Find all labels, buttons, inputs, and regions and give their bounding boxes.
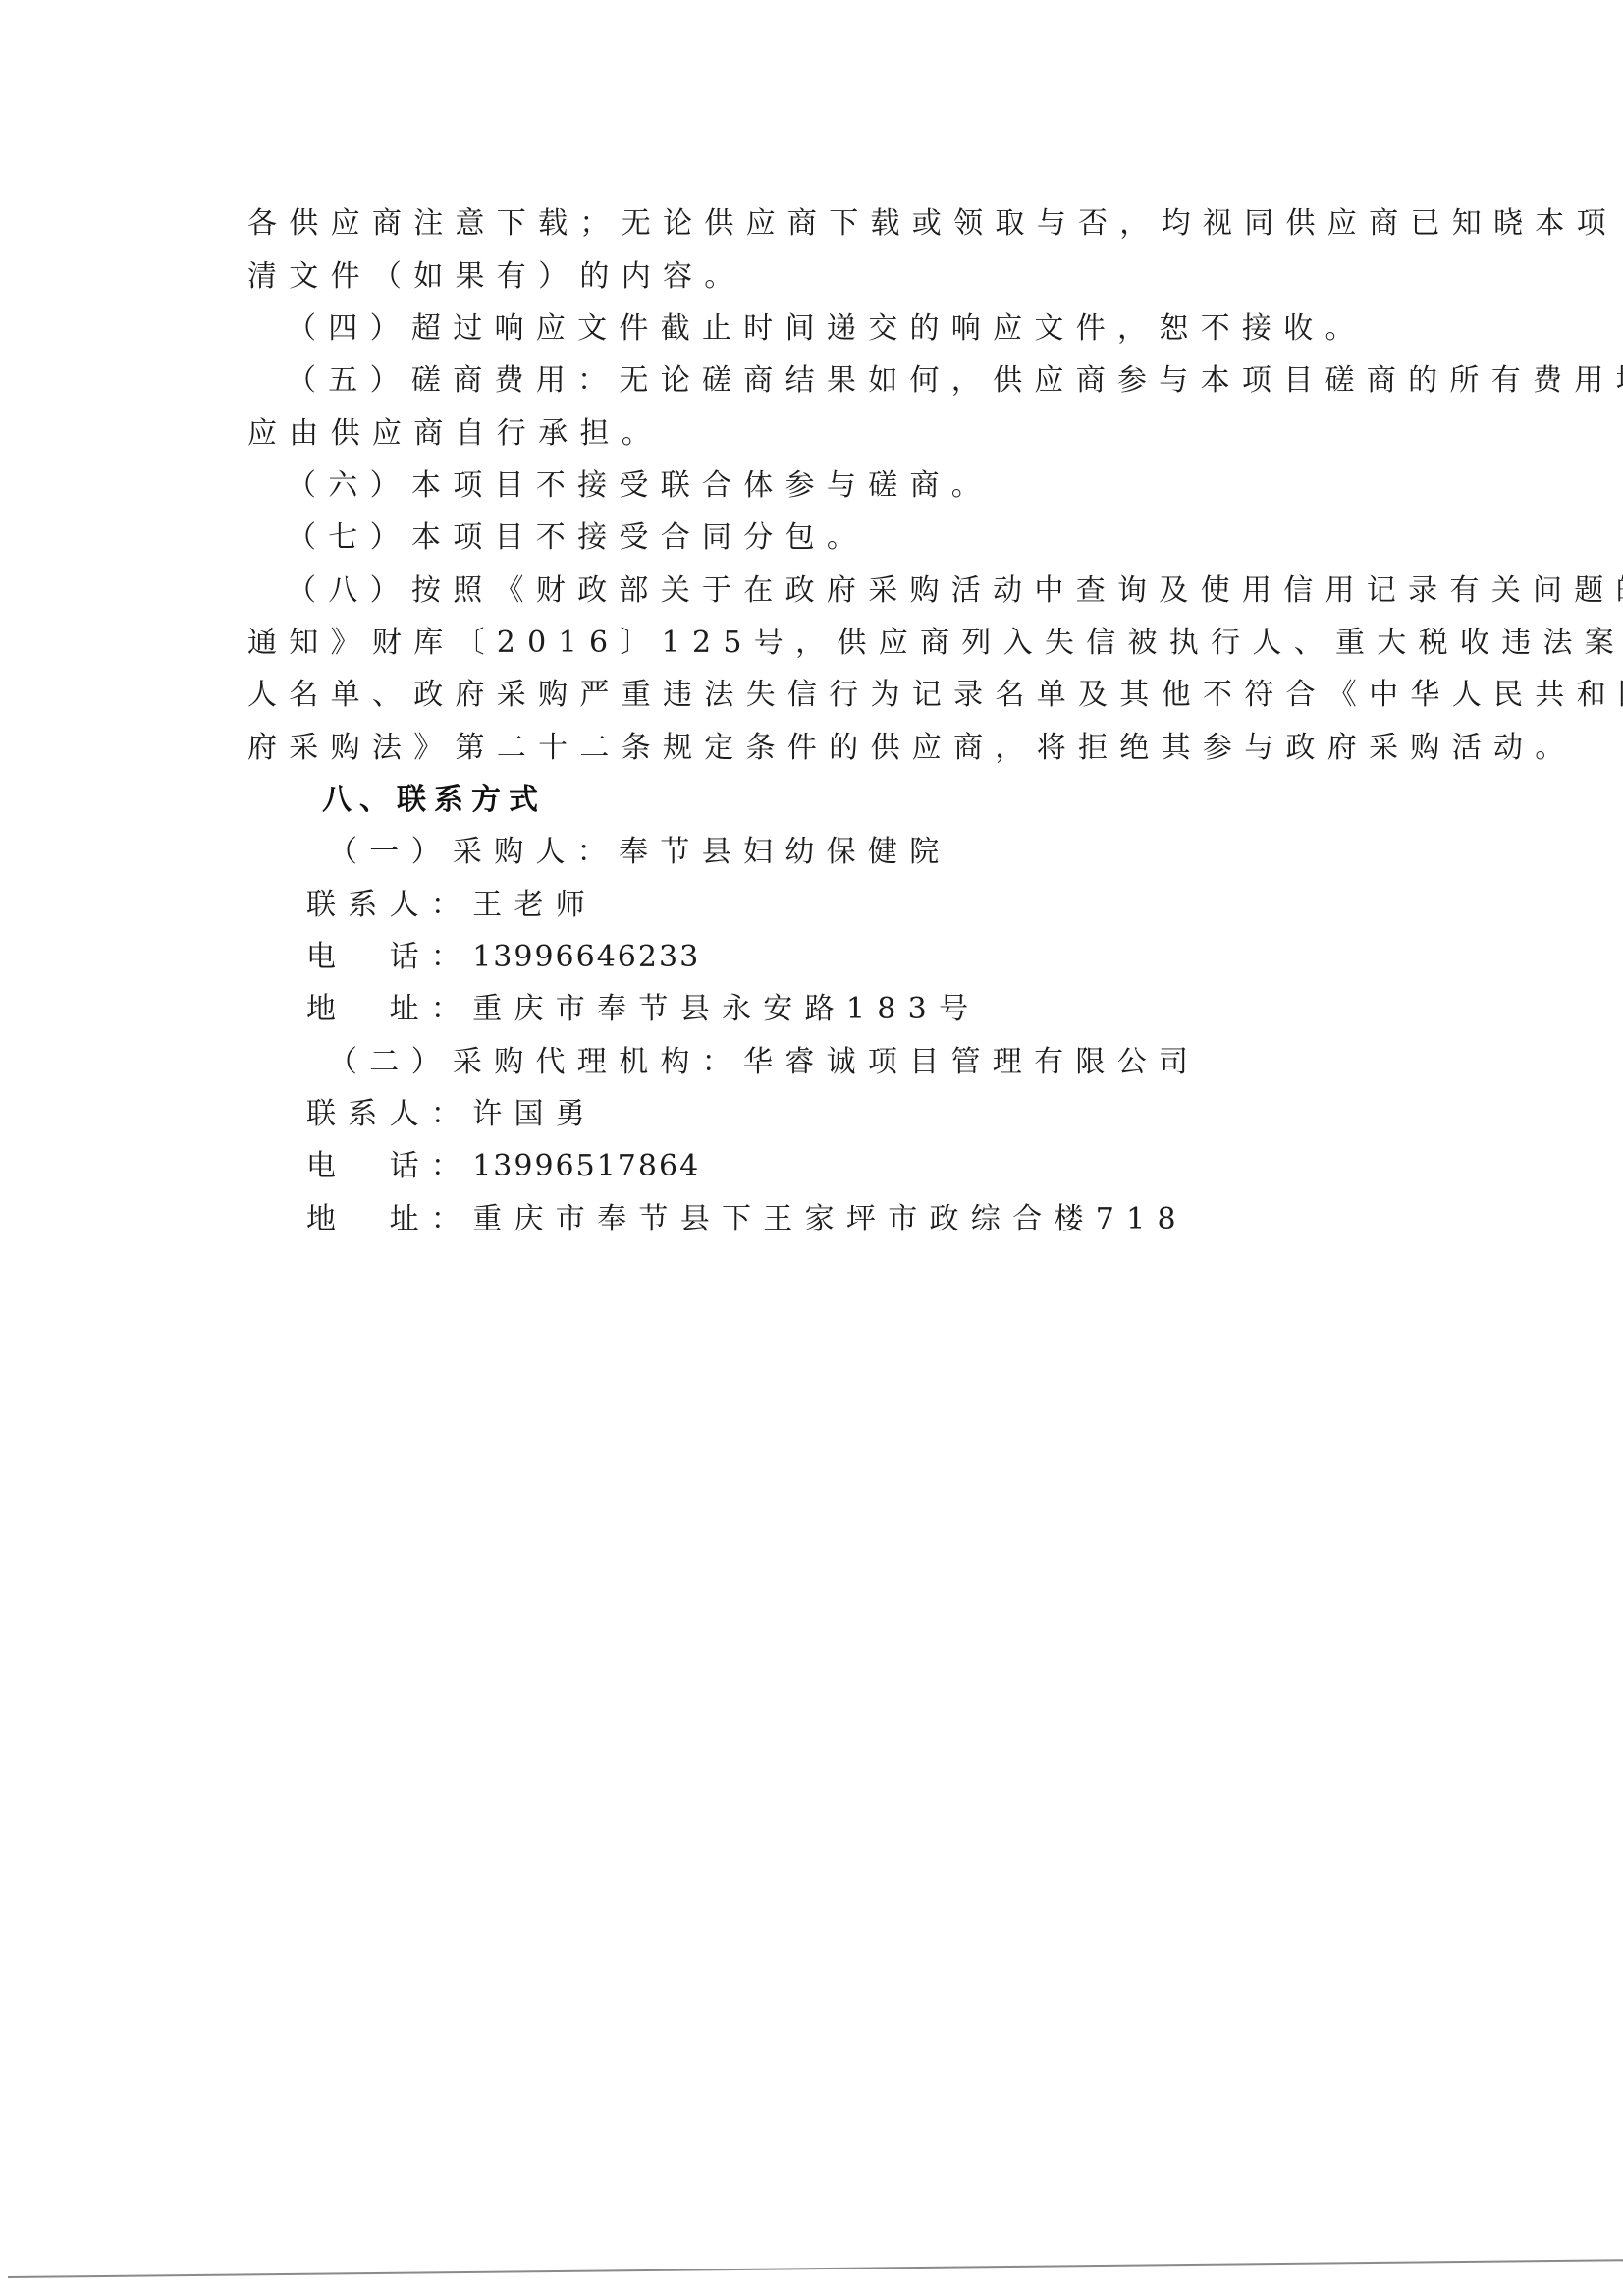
paragraph-line: 各供应商注意下载；无论供应商下载或领取与否，均视同供应商已知晓本项目澄: [247, 204, 1623, 244]
paragraph-line: 府采购法》第二十二条规定条件的供应商，将拒绝其参与政府采购活动。: [247, 729, 1577, 768]
phone-value: 13996517864: [472, 1149, 700, 1183]
address-label: 地 址：: [306, 992, 472, 1026]
section-heading-contact: 八、联系方式: [322, 781, 546, 820]
contact-value: 王老师: [472, 888, 597, 922]
document-page: 各供应商注意下载；无论供应商下载或领取与否，均视同供应商已知晓本项目澄 清文件（…: [0, 0, 1623, 2296]
paragraph-line: 清文件（如果有）的内容。: [247, 257, 746, 297]
address-label: 地 址：: [306, 1202, 472, 1236]
agency-phone: 电 话：13996517864: [306, 1147, 700, 1186]
paragraph-line: 通知》财库〔2016〕125号，供应商列入失信被执行人、重大税收违法案件当事: [247, 624, 1623, 663]
agency-title: （二）采购代理机构：华睿诚项目管理有限公司: [328, 1043, 1200, 1082]
purchaser-title: （一）采购人：奉节县妇幼保健院: [328, 833, 951, 872]
paragraph-line: 应由供应商自行承担。: [247, 414, 663, 454]
contact-label: 联系人：: [306, 888, 472, 922]
paragraph-line: （六）本项目不接受联合体参与磋商。: [287, 466, 993, 506]
phone-value: 13996646233: [472, 940, 700, 974]
agency-address: 地 址：重庆市奉节县下王家坪市政综合楼718: [306, 1200, 1188, 1239]
phone-label: 电 话：: [306, 1149, 472, 1183]
paragraph-line: （八）按照《财政部关于在政府采购活动中查询及使用信用记录有关问题的: [287, 572, 1623, 611]
paragraph-line: （四）超过响应文件截止时间递交的响应文件，恕不接收。: [287, 309, 1367, 349]
paragraph-line: （七）本项目不接受合同分包。: [287, 519, 868, 558]
address-value: 重庆市奉节县永安路183号: [472, 992, 980, 1026]
phone-label: 电 话：: [306, 940, 472, 974]
purchaser-phone: 电 话：13996646233: [306, 938, 700, 977]
address-value: 重庆市奉节县下王家坪市政综合楼718: [472, 1202, 1188, 1236]
purchaser-contact: 联系人：王老师: [306, 886, 597, 925]
purchaser-address: 地 址：重庆市奉节县永安路183号: [306, 990, 980, 1029]
contact-value: 许国勇: [472, 1097, 597, 1131]
paragraph-line: 人名单、政府采购严重违法失信行为记录名单及其他不符合《中华人民共和国政: [247, 676, 1623, 715]
scan-edge-line: [8, 2259, 1623, 2278]
paragraph-line: （五）磋商费用：无论磋商结果如何，供应商参与本项目磋商的所有费用均: [287, 361, 1623, 401]
agency-contact: 联系人：许国勇: [306, 1095, 597, 1134]
contact-label: 联系人：: [306, 1097, 472, 1131]
